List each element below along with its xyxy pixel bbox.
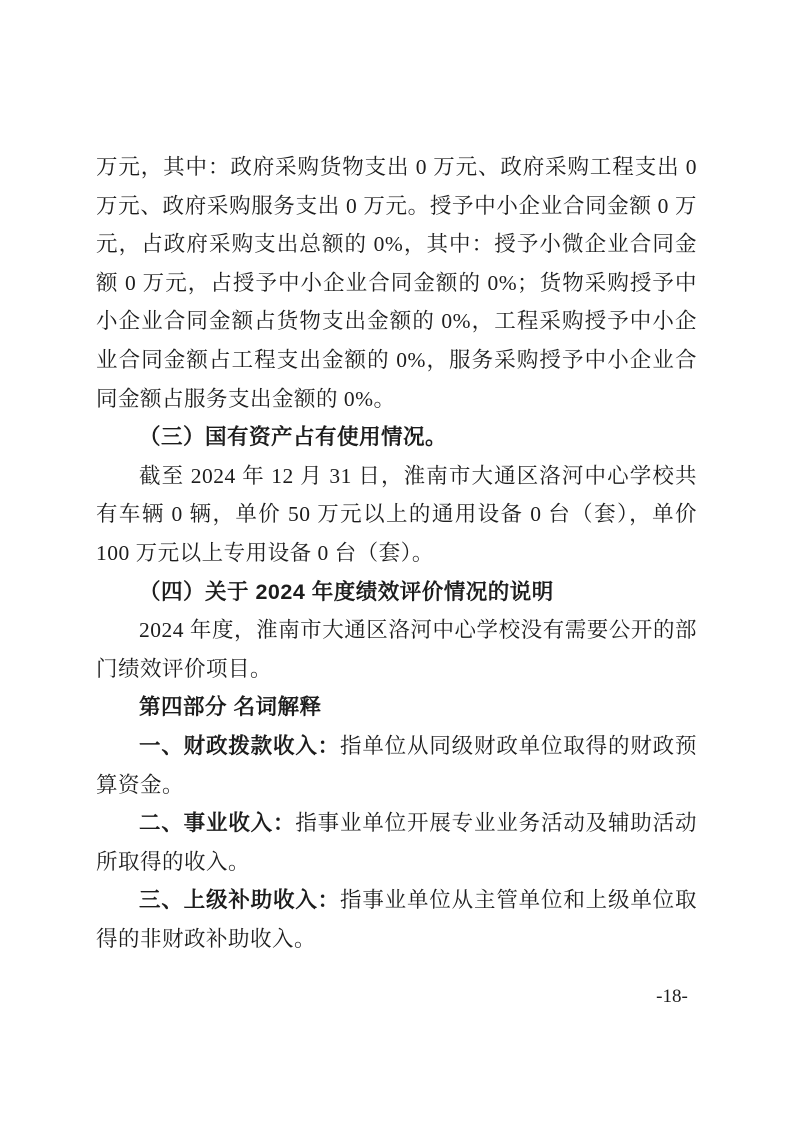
definition-term: 三、上级补助收入： <box>139 888 340 912</box>
paragraph-performance-evaluation-detail: 2024 年度，淮南市大通区洛河中心学校没有需要公开的部门绩效评价项目。 <box>96 611 697 688</box>
definition-operational-income: 二、事业收入：指事业单位开展专业业务活动及辅助活动所取得的收入。 <box>96 804 697 881</box>
heading-section-three-state-assets: （三）国有资产占有使用情况。 <box>96 418 697 457</box>
heading-section-four-performance-evaluation: （四）关于 2024 年度绩效评价情况的说明 <box>96 573 697 612</box>
document-page: 万元，其中：政府采购货物支出 0 万元、政府采购工程支出 0 万元、政府采购服务… <box>0 0 793 1122</box>
definition-term: 二、事业收入： <box>139 811 295 835</box>
heading-part-four-glossary: 第四部分 名词解释 <box>96 688 697 727</box>
definition-fiscal-appropriation-income: 一、财政拨款收入：指单位从同级财政单位取得的财政预算资金。 <box>96 727 697 804</box>
definition-superior-subsidy-income: 三、上级补助收入：指事业单位从主管单位和上级单位取得的非财政补助收入。 <box>96 881 697 958</box>
definition-term: 一、财政拨款收入： <box>139 734 340 758</box>
paragraph-government-procurement-continued: 万元，其中：政府采购货物支出 0 万元、政府采购工程支出 0 万元、政府采购服务… <box>96 148 697 418</box>
paragraph-state-assets-detail: 截至 2024 年 12 月 31 日，淮南市大通区洛河中心学校共有车辆 0 辆… <box>96 457 697 573</box>
document-body: 万元，其中：政府采购货物支出 0 万元、政府采购工程支出 0 万元、政府采购服务… <box>96 148 697 958</box>
page-number: -18- <box>636 985 708 1009</box>
